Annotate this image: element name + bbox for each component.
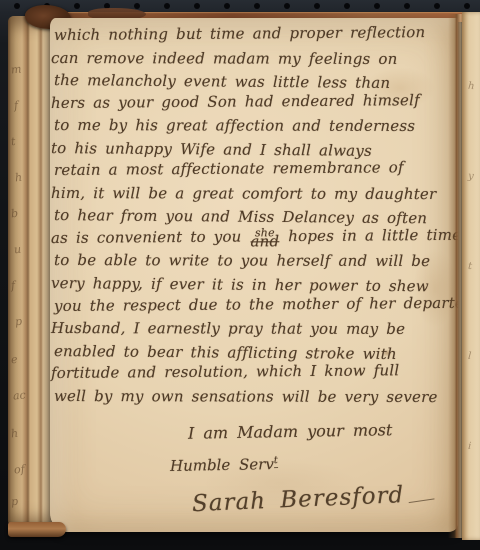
cradle-hole-dot xyxy=(134,3,140,9)
manuscript-page: which nothing but time and proper reflec… xyxy=(50,18,458,532)
cradle-hole-dot xyxy=(254,3,260,9)
letter-line: him, it will be a great comfort to my da… xyxy=(51,182,454,206)
closing-superscript: t xyxy=(274,455,278,468)
letter-line-with-correction: as is convenient to you sheand hopes in … xyxy=(51,224,454,250)
cradle-hole-dot xyxy=(464,3,470,9)
cradle-hole-dot xyxy=(14,3,20,9)
stacked-leaf-edges: m f t h b u f p e ac h of p xyxy=(8,16,54,530)
facing-page-fragment: i xyxy=(468,442,472,452)
letter-line: fortitude and resolution, which I know f… xyxy=(51,359,454,385)
signature-flourish xyxy=(408,490,435,503)
letter-line: Husband, I earnestly pray that you may b… xyxy=(51,317,454,341)
letter-line: hers as your good Son had endeared himse… xyxy=(51,88,454,114)
letter-line: well by my own sensations will be very s… xyxy=(54,385,454,409)
manuscript-photo: m f t h b u f p e ac h of p which nothin… xyxy=(0,0,480,550)
cradle-hole-dot xyxy=(194,3,200,9)
bleed-through-fragment: ac xyxy=(12,389,26,401)
bleed-through-fragment: u xyxy=(13,244,21,256)
cradle-hole-dot xyxy=(164,3,170,9)
cradle-hole-dot xyxy=(374,3,380,9)
closing-salutation: I am Madam your most xyxy=(188,418,393,446)
bleed-through-fragment: p xyxy=(14,316,22,328)
bleed-through-fragment: p xyxy=(10,496,18,508)
letter-line: to be able to write to you herself and w… xyxy=(54,249,454,273)
bleed-through-fragment: h xyxy=(10,428,18,440)
cradle-hole-dot xyxy=(284,3,290,9)
bleed-through-fragment: of xyxy=(13,463,25,475)
cradle-hole-dot xyxy=(344,3,350,9)
cradle-hole-dot xyxy=(434,3,440,9)
closing-word: Humble Serv xyxy=(170,455,274,475)
bleed-through-fragment: t xyxy=(10,136,16,147)
facing-page-fragment: h xyxy=(468,82,475,92)
bleed-through-fragment: h xyxy=(14,172,22,184)
facing-page-sliver: h y t l i xyxy=(462,12,480,540)
bleed-through-fragment: e xyxy=(10,354,18,366)
cradle-hole-dot xyxy=(314,3,320,9)
facing-page-fragment: t xyxy=(468,262,473,272)
bleed-through-fragment: f xyxy=(13,100,18,111)
inserted-word: she xyxy=(255,228,275,237)
facing-page-fragment: l xyxy=(468,352,472,362)
inline-correction: sheand xyxy=(250,226,279,248)
line-text: as is convenient to you xyxy=(51,227,250,247)
letter-line: can remove indeed madam my feelings on xyxy=(51,47,454,71)
line-text: hopes in a little time xyxy=(280,226,458,245)
cradle-hole-dot xyxy=(224,3,230,9)
bleed-through-fragment: b xyxy=(10,208,18,220)
letter-line: to me by his great affection and tendern… xyxy=(54,114,454,138)
facing-page-fragment: y xyxy=(468,172,474,182)
closing-humble-servant: Humble Servt xyxy=(170,449,278,478)
book-bottom-edge xyxy=(8,522,66,537)
bleed-through-fragment: m xyxy=(10,63,22,75)
cradle-hole-dot xyxy=(404,3,410,9)
cradle-hole-dot xyxy=(74,3,80,9)
letter-line: retain a most affectionate remembrance o… xyxy=(54,156,454,182)
bleed-through-fragment: f xyxy=(10,280,15,291)
letter-line: which nothing but time and proper reflec… xyxy=(54,21,454,47)
letter-line: you the respect due to the mother of her… xyxy=(54,291,454,317)
letter-body: which nothing but time and proper reflec… xyxy=(54,24,454,407)
